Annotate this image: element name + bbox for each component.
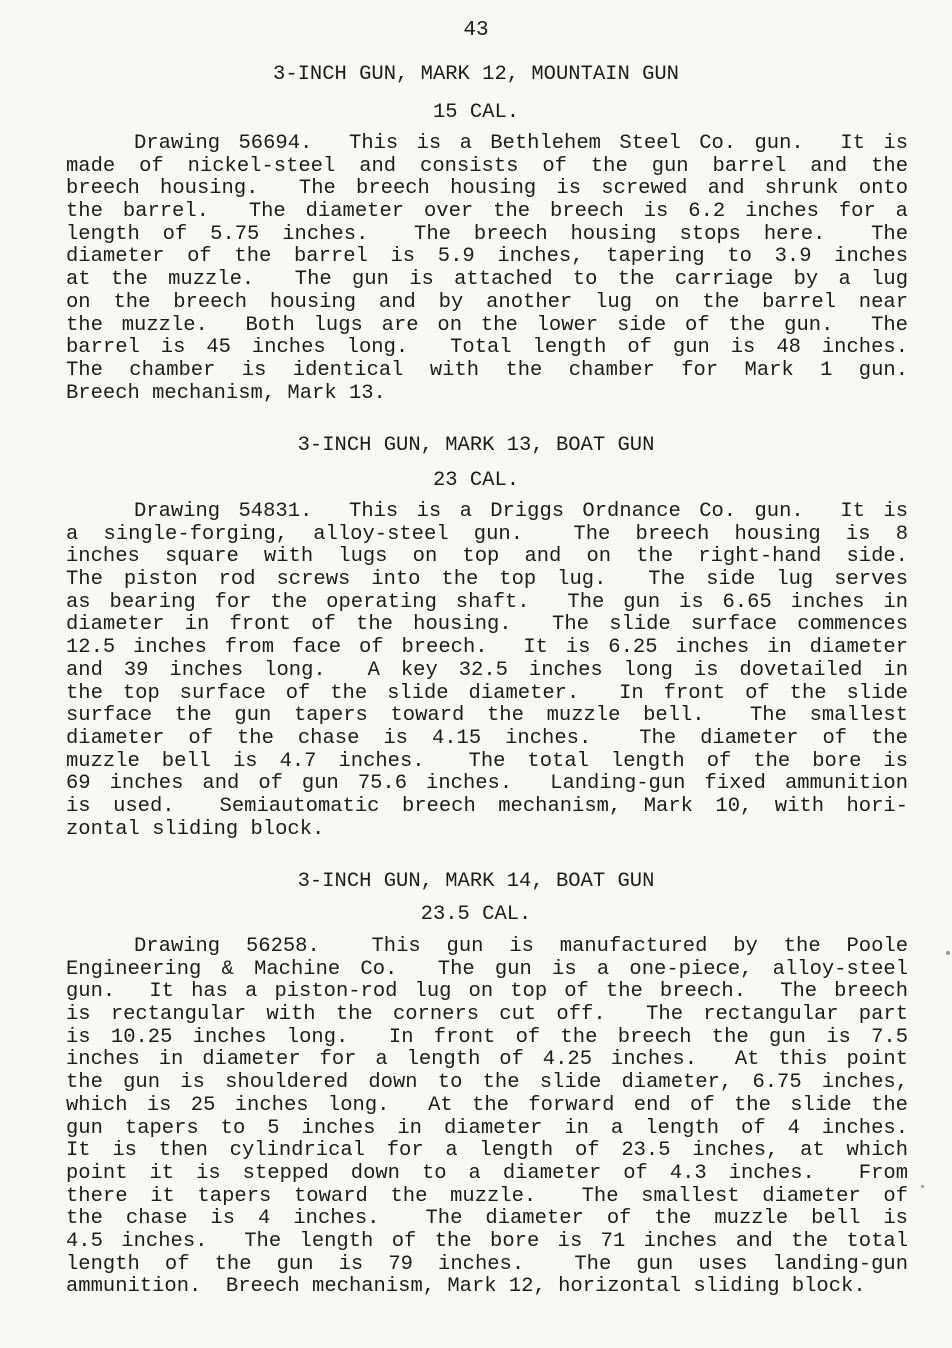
section-caliber-mark-14: 23.5 CAL. <box>0 902 952 928</box>
text-line: there it tapers toward the muzzle. The s… <box>66 1186 908 1209</box>
text-line: 69 inches and of gun 75.6 inches. Landin… <box>66 773 908 796</box>
text-line: length of 5.75 inches. The breech housin… <box>66 224 908 247</box>
text-line: on the breech housing and by another lug… <box>66 292 908 315</box>
text-line: is rectangular with the corners cut off.… <box>66 1004 908 1027</box>
text-line: as bearing for the operating shaft. The … <box>66 592 908 615</box>
text-line: diameter in front of the housing. The sl… <box>66 614 908 637</box>
text-line: the gun is shouldered down to the slide … <box>66 1072 908 1095</box>
text-line: gun tapers to 5 inches in diameter in a … <box>66 1118 908 1141</box>
text-line: gun. It has a piston-rod lug on top of t… <box>66 981 908 1004</box>
text-line: and 39 inches long. A key 32.5 inches lo… <box>66 660 908 683</box>
text-line: length of the gun is 79 inches. The gun … <box>66 1254 908 1277</box>
text-line: a single-forging, alloy-steel gun. The b… <box>66 524 908 547</box>
section-body-mark-12: Drawing 56694. This is a Bethlehem Steel… <box>66 133 908 405</box>
text-line: inches in diameter for a length of 4.25 … <box>66 1049 908 1072</box>
text-line: is used. Semiautomatic breech mechanism,… <box>66 796 908 819</box>
text-line: The chamber is identical with the chambe… <box>66 360 908 383</box>
section-body-mark-13: Drawing 54831. This is a Driggs Ordnance… <box>66 501 908 841</box>
text-line: zontal sliding block. <box>66 819 908 842</box>
text-line: Engineering & Machine Co. The gun is a o… <box>66 959 908 982</box>
text-line: which is 25 inches long. At the forward … <box>66 1095 908 1118</box>
text-line: muzzle bell is 4.7 inches. The total len… <box>66 751 908 774</box>
text-line: the barrel. The diameter over the breech… <box>66 201 908 224</box>
text-line: diameter of the barrel is 5.9 inches, ta… <box>66 246 908 269</box>
section-caliber-mark-13: 23 CAL. <box>0 468 952 494</box>
text-line: Drawing 56694. This is a Bethlehem Steel… <box>66 133 908 156</box>
scan-speck <box>921 1185 924 1188</box>
text-line: made of nickel-steel and consists of the… <box>66 156 908 179</box>
section-title-mark-14: 3-INCH GUN, MARK 14, BOAT GUN <box>0 869 952 895</box>
page-number: 43 <box>0 18 952 44</box>
text-line: 4.5 inches. The length of the bore is 71… <box>66 1231 908 1254</box>
text-line: The piston rod screws into the top lug. … <box>66 569 908 592</box>
text-line: barrel is 45 inches long. Total length o… <box>66 337 908 360</box>
section-title-mark-12: 3-INCH GUN, MARK 12, MOUNTAIN GUN <box>0 62 952 88</box>
text-line: Drawing 56258. This gun is manufactured … <box>66 936 908 959</box>
text-line: ammunition. Breech mechanism, Mark 12, h… <box>66 1276 908 1299</box>
section-title-mark-13: 3-INCH GUN, MARK 13, BOAT GUN <box>0 433 952 459</box>
text-line: inches square with lugs on top and on th… <box>66 546 908 569</box>
document-page: 43 3-INCH GUN, MARK 12, MOUNTAIN GUN 15 … <box>0 0 952 1348</box>
text-line: the top surface of the slide diameter. I… <box>66 683 908 706</box>
text-line: is 10.25 inches long. In front of the br… <box>66 1027 908 1050</box>
text-line: the chase is 4 inches. The diameter of t… <box>66 1208 908 1231</box>
text-line: It is then cylindrical for a length of 2… <box>66 1140 908 1163</box>
text-line: Breech mechanism, Mark 13. <box>66 383 908 406</box>
text-line: 12.5 inches from face of breech. It is 6… <box>66 637 908 660</box>
text-line: breech housing. The breech housing is sc… <box>66 178 908 201</box>
text-line: the muzzle. Both lugs are on the lower s… <box>66 315 908 338</box>
text-line: surface the gun tapers toward the muzzle… <box>66 705 908 728</box>
section-body-mark-14: Drawing 56258. This gun is manufactured … <box>66 936 908 1299</box>
text-line: Drawing 54831. This is a Driggs Ordnance… <box>66 501 908 524</box>
section-caliber-mark-12: 15 CAL. <box>0 100 952 126</box>
scan-speck <box>946 951 950 955</box>
text-line: at the muzzle. The gun is attached to th… <box>66 269 908 292</box>
text-line: point it is stepped down to a diameter o… <box>66 1163 908 1186</box>
text-line: diameter of the chase is 4.15 inches. Th… <box>66 728 908 751</box>
